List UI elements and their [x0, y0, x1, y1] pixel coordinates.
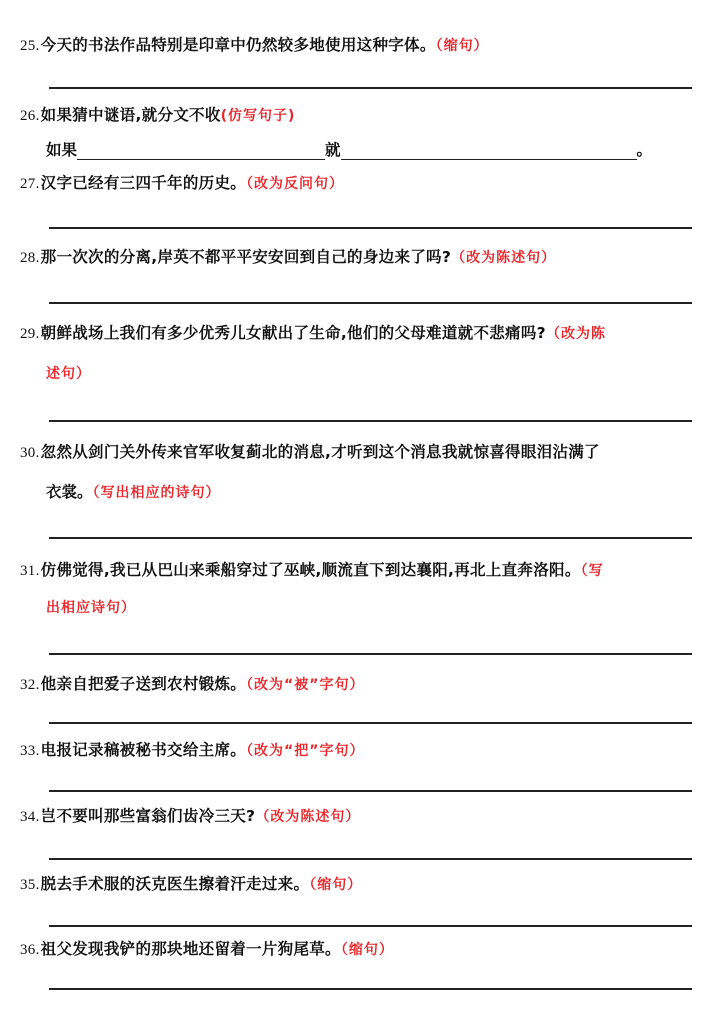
question-text-continued: 衣裳。 — [46, 483, 93, 501]
question-number: 34. — [20, 809, 40, 825]
instruction-hint: (仿写句子) — [221, 108, 296, 124]
question-text: 脱去手术服的沃克医生擦着汗走过来。 — [41, 875, 310, 893]
question-text: 如果猜中谜语,就分文不收 — [41, 106, 221, 124]
question-25: 25.今天的书法作品特别是印章中仍然较多地使用这种字体。（缩句） — [20, 35, 489, 56]
question-number: 36. — [20, 942, 40, 958]
answer-line-36[interactable] — [49, 988, 692, 990]
question-number: 28. — [20, 250, 40, 266]
question-number: 29. — [20, 326, 40, 342]
answer-line-35[interactable] — [49, 925, 692, 927]
question-number: 30. — [20, 445, 40, 461]
question-text: 祖父发现我铲的那块地还留着一片狗尾草。 — [41, 940, 341, 958]
instruction-hint: （缩句） — [341, 942, 394, 958]
question-29-continued: 述句） — [46, 363, 91, 384]
question-34: 34.岂不要叫那些富翁们齿冷三天?（改为陈述句） — [20, 806, 360, 827]
question-text: 他亲自把爱子送到农村锻炼。 — [41, 675, 246, 693]
fill-suffix: 。 — [637, 141, 653, 159]
instruction-hint: （写 — [581, 563, 604, 579]
question-text: 仿佛觉得,我已从巴山来乘船穿过了巫峡,顺流直下到达襄阳,再北上直奔洛阳。 — [41, 561, 581, 579]
answer-line-33[interactable] — [49, 790, 692, 792]
question-text: 岂不要叫那些富翁们齿冷三天? — [41, 807, 256, 825]
question-30-continued: 衣裳。（写出相应的诗句） — [46, 482, 221, 503]
question-32: 32.他亲自把爱子送到农村锻炼。（改为“被”字句） — [20, 674, 364, 695]
answer-line-34[interactable] — [49, 858, 692, 860]
question-text: 忽然从剑门关外传来官军收复蓟北的消息,才听到这个消息我就惊喜得眼泪沾满了 — [41, 443, 600, 461]
question-31: 31.仿佛觉得,我已从巴山来乘船穿过了巫峡,顺流直下到达襄阳,再北上直奔洛阳。（… — [20, 560, 604, 581]
instruction-hint-continued: 述句） — [46, 366, 91, 382]
answer-line-29[interactable] — [49, 420, 692, 422]
question-text: 电报记录稿被秘书交给主席。 — [41, 741, 246, 759]
instruction-hint: （缩句） — [436, 38, 489, 54]
question-36: 36.祖父发现我铲的那块地还留着一片狗尾草。（缩句） — [20, 939, 394, 960]
fill-prefix: 如果 — [46, 141, 77, 159]
fill-middle: 就 — [325, 141, 341, 159]
question-26: 26.如果猜中谜语,就分文不收(仿写句子) — [20, 105, 295, 126]
question-text: 今天的书法作品特别是印章中仍然较多地使用这种字体。 — [41, 36, 436, 54]
question-number: 35. — [20, 877, 40, 893]
answer-line-25[interactable] — [49, 87, 692, 89]
question-text: 朝鲜战场上我们有多少优秀儿女献出了生命,他们的父母难道就不悲痛吗? — [41, 324, 546, 342]
answer-line-32[interactable] — [49, 722, 692, 724]
instruction-hint: （改为陈述句） — [451, 250, 556, 266]
question-31-continued: 出相应诗句） — [46, 597, 136, 618]
instruction-hint: （缩句） — [309, 877, 362, 893]
answer-line-27[interactable] — [49, 227, 692, 229]
question-number: 26. — [20, 108, 40, 124]
answer-line-28[interactable] — [49, 302, 692, 304]
instruction-hint-continued: 出相应诗句） — [46, 600, 136, 616]
question-number: 33. — [20, 743, 40, 759]
question-text: 那一次次的分离,岸英不都平平安安回到自己的身边来了吗? — [41, 248, 451, 266]
instruction-hint: （改为陈 — [546, 326, 606, 342]
question-33: 33.电报记录稿被秘书交给主席。（改为“把”字句） — [20, 740, 364, 761]
imitation-fill-26: 如果就。 — [46, 140, 652, 160]
question-35: 35.脱去手术服的沃克医生擦着汗走过来。（缩句） — [20, 874, 362, 895]
instruction-hint: （写出相应的诗句） — [93, 485, 221, 501]
answer-line-31[interactable] — [49, 653, 692, 655]
question-30: 30.忽然从剑门关外传来官军收复蓟北的消息,才听到这个消息我就惊喜得眼泪沾满了 — [20, 442, 600, 463]
question-number: 32. — [20, 677, 40, 693]
question-number: 27. — [20, 176, 40, 192]
instruction-hint: （改为反问句） — [246, 176, 344, 192]
fill-blank-1[interactable] — [77, 143, 325, 160]
instruction-hint: （改为“把”字句） — [246, 743, 364, 759]
question-text: 汉字已经有三四千年的历史。 — [41, 174, 246, 192]
question-number: 31. — [20, 563, 40, 579]
fill-blank-2[interactable] — [341, 143, 637, 160]
instruction-hint: （改为陈述句） — [255, 809, 360, 825]
question-number: 25. — [20, 38, 40, 54]
question-29: 29.朝鲜战场上我们有多少优秀儿女献出了生命,他们的父母难道就不悲痛吗?（改为陈 — [20, 323, 606, 344]
instruction-hint: （改为“被”字句） — [246, 677, 364, 693]
question-28: 28.那一次次的分离,岸英不都平平安安回到自己的身边来了吗?（改为陈述句） — [20, 247, 556, 268]
answer-line-30[interactable] — [49, 537, 692, 539]
question-27: 27.汉字已经有三四千年的历史。（改为反问句） — [20, 173, 344, 194]
